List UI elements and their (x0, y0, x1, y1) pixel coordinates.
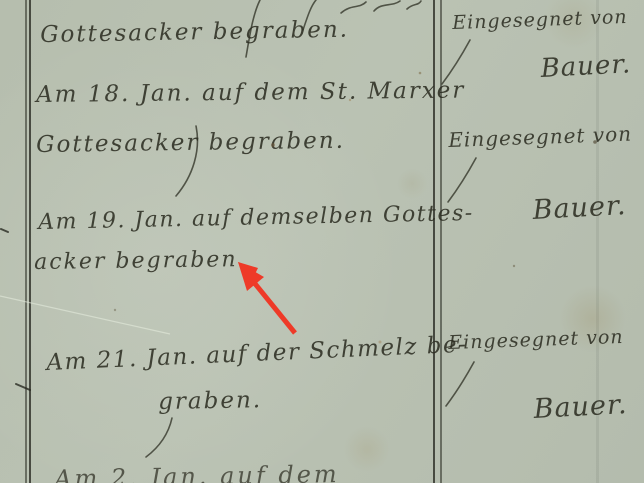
column-divider-rule-outer (433, 0, 435, 483)
column-divider-rule-inner (440, 0, 442, 483)
left-margin-rule-outer (25, 0, 27, 483)
burial-entry-line: Am 21. Jan. auf der Schmelz be- (46, 334, 468, 375)
partial-burial-entry-line: Am 2. Jan. auf dem (54, 462, 340, 483)
blessing-line: Eingesegnet von (448, 124, 632, 150)
blessing-line: Eingesegnet von (452, 8, 628, 33)
burial-entry-line: acker begraben. (34, 249, 247, 274)
burial-entry-line: Gottesacker begraben. (40, 19, 349, 47)
left-margin-rule-inner (29, 0, 31, 483)
signature: Bauer. (532, 192, 627, 224)
burial-entry-line: Am 18. Jan. auf dem St. Marxer (36, 80, 465, 107)
burial-entry-line: graben. (158, 389, 262, 414)
burial-entry-line: Am 19. Jan. auf demselben Gottes- (38, 203, 474, 234)
burial-entry-line: Gottesacker begraben. (36, 130, 345, 157)
signature: Bauer. (533, 391, 628, 423)
register-page-scan: Gottesacker begraben. Am 18. Jan. auf de… (0, 0, 644, 483)
signature: Bauer. (540, 51, 632, 82)
